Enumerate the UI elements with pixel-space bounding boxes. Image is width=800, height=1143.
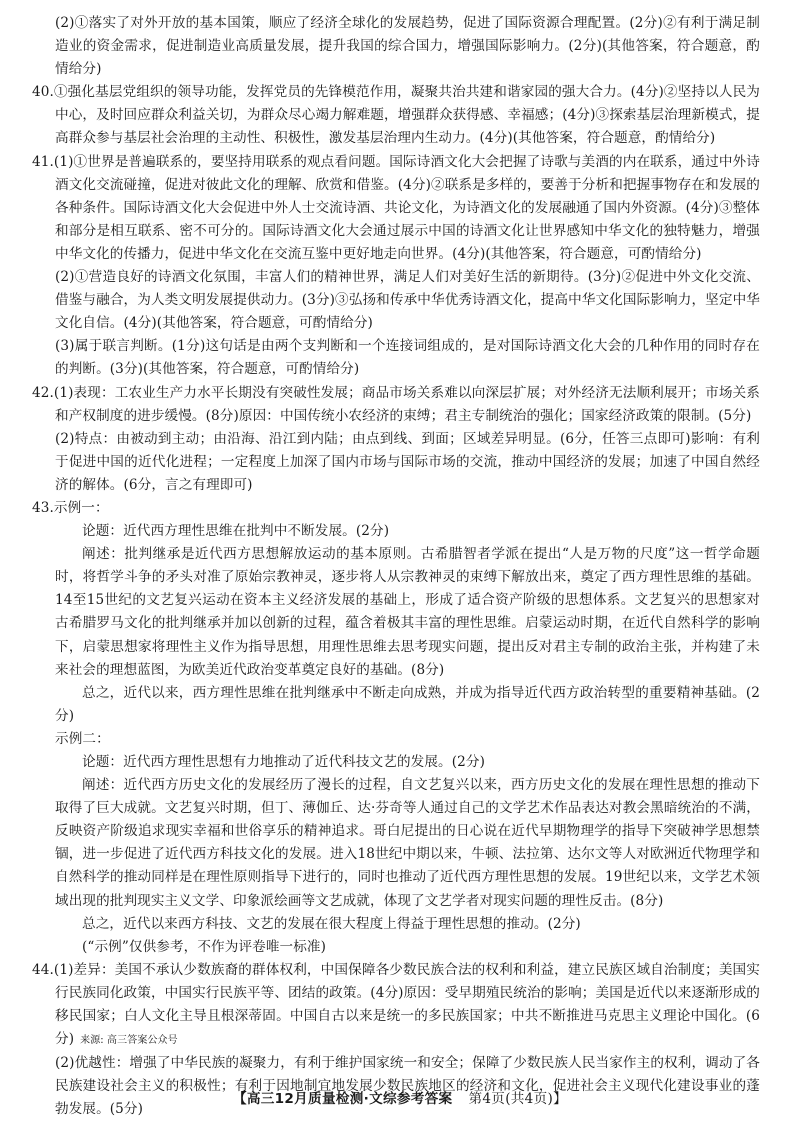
answer-q43-example1-summary: 总之，近代以来，西方理性思维在批判继承中不断走向成熟，并成为指导近代西方政治转型…	[0, 682, 800, 728]
answer-text: (2)①营造良好的诗酒文化氛围，丰富人们的精神世界，满足人们对美好生活的新期待。…	[55, 269, 760, 331]
answer-q39-part2: (2)①落实了对外开放的基本国策，顺应了经济全球化的发展趋势，促进了国际资源合理…	[0, 12, 800, 81]
footer-page-number: 第4页(共4页)】	[468, 1091, 567, 1107]
page-footer: 【高三12月质量检测·文综参考答案第4页(共4页)】	[0, 1087, 800, 1107]
answer-text: 阐述：批判继承是近代西方思想解放运动的基本原则。古希腊智者学派在提出“人是万物的…	[55, 546, 760, 677]
footer-title: 【高三12月质量检测·文综参考答案	[233, 1091, 453, 1107]
answer-text: 41.(1)①世界是普遍联系的，要坚持用联系的观点看问题。国际诗酒文化大会把握了…	[32, 154, 760, 262]
answer-text: 总之，近代以来，西方理性思维在批判继承中不断走向成熟，并成为指导近代西方政治转型…	[55, 685, 760, 724]
answer-q43-example1-topic: 论题：近代西方理性思维在批判中不断发展。(2分)	[0, 520, 800, 543]
answer-q44-part1: 44.(1)差异：美国不承认少数族裔的群体权利，中国保障各少数民族合法的权利和利…	[0, 959, 800, 1052]
answer-text: (3)属于联言判断。(1分)这句话是由两个支判断和一个连接词组成的，是对国际诗酒…	[55, 338, 760, 377]
answer-q41-part3: (3)属于联言判断。(1分)这句话是由两个支判断和一个连接词组成的，是对国际诗酒…	[0, 335, 800, 381]
answer-text: 42.(1)表现：工农业生产力水平长期没有突破性发展；商品市场关系难以向深层扩展…	[32, 385, 760, 424]
answer-q43-example2-heading: 示例二：	[0, 728, 800, 751]
answer-text: 阐述：近代西方历史文化的发展经历了漫长的过程，自文艺复兴以来，西方历史文化的发展…	[55, 777, 760, 908]
answer-q41-part1: 41.(1)①世界是普遍联系的，要坚持用联系的观点看问题。国际诗酒文化大会把握了…	[0, 151, 800, 266]
answer-text: 总之，近代以来西方科技、文艺的发展在很大程度上得益于理性思想的推动。(2分)	[82, 916, 581, 932]
answer-text: (2)①落实了对外开放的基本国策，顺应了经济全球化的发展趋势，促进了国际资源合理…	[55, 15, 760, 77]
source-note: 来源: 高三答案公众号	[80, 1035, 178, 1046]
answer-q40: 40.①强化基层党组织的领导功能，发挥党员的先锋模范作用，凝聚共治共建和谐家园的…	[0, 81, 800, 150]
answer-text: 43.示例一：	[32, 500, 109, 516]
answer-q42-part2: (2)特点：由被动到主动；由沿海、沿江到内陆；由点到线、到面；区域差异明显。(6…	[0, 428, 800, 497]
answer-q43-note: (“示例”仅供参考，不作为评卷唯一标准)	[0, 936, 800, 959]
answer-q43-example1-body: 阐述：批判继承是近代西方思想解放运动的基本原则。古希腊智者学派在提出“人是万物的…	[0, 543, 800, 682]
answer-q42-part1: 42.(1)表现：工农业生产力水平长期没有突破性发展；商品市场关系难以向深层扩展…	[0, 382, 800, 428]
answer-q43-example2-body: 阐述：近代西方历史文化的发展经历了漫长的过程，自文艺复兴以来，西方历史文化的发展…	[0, 774, 800, 913]
answer-text: 示例二：	[55, 731, 110, 747]
answer-text: (“示例”仅供参考，不作为评卷唯一标准)	[82, 939, 326, 955]
answer-q43-heading: 43.示例一：	[0, 497, 800, 520]
answer-text: 论题：近代西方理性思维在批判中不断发展。(2分)	[82, 523, 389, 539]
answer-text: (2)特点：由被动到主动；由沿海、沿江到内陆；由点到线、到面；区域差异明显。(6…	[55, 431, 760, 493]
answer-q43-example2-summary: 总之，近代以来西方科技、文艺的发展在很大程度上得益于理性思想的推动。(2分)	[0, 913, 800, 936]
answer-key-page: (2)①落实了对外开放的基本国策，顺应了经济全球化的发展趋势，促进了国际资源合理…	[0, 12, 800, 1122]
answer-q43-example2-topic: 论题：近代西方理性思想有力地推动了近代科技文艺的发展。(2分)	[0, 751, 800, 774]
answer-text: 论题：近代西方理性思想有力地推动了近代科技文艺的发展。(2分)	[82, 754, 485, 770]
answer-q41-part2: (2)①营造良好的诗酒文化氛围，丰富人们的精神世界，满足人们对美好生活的新期待。…	[0, 266, 800, 335]
answer-text: 40.①强化基层党组织的领导功能，发挥党员的先锋模范作用，凝聚共治共建和谐家园的…	[32, 84, 760, 146]
